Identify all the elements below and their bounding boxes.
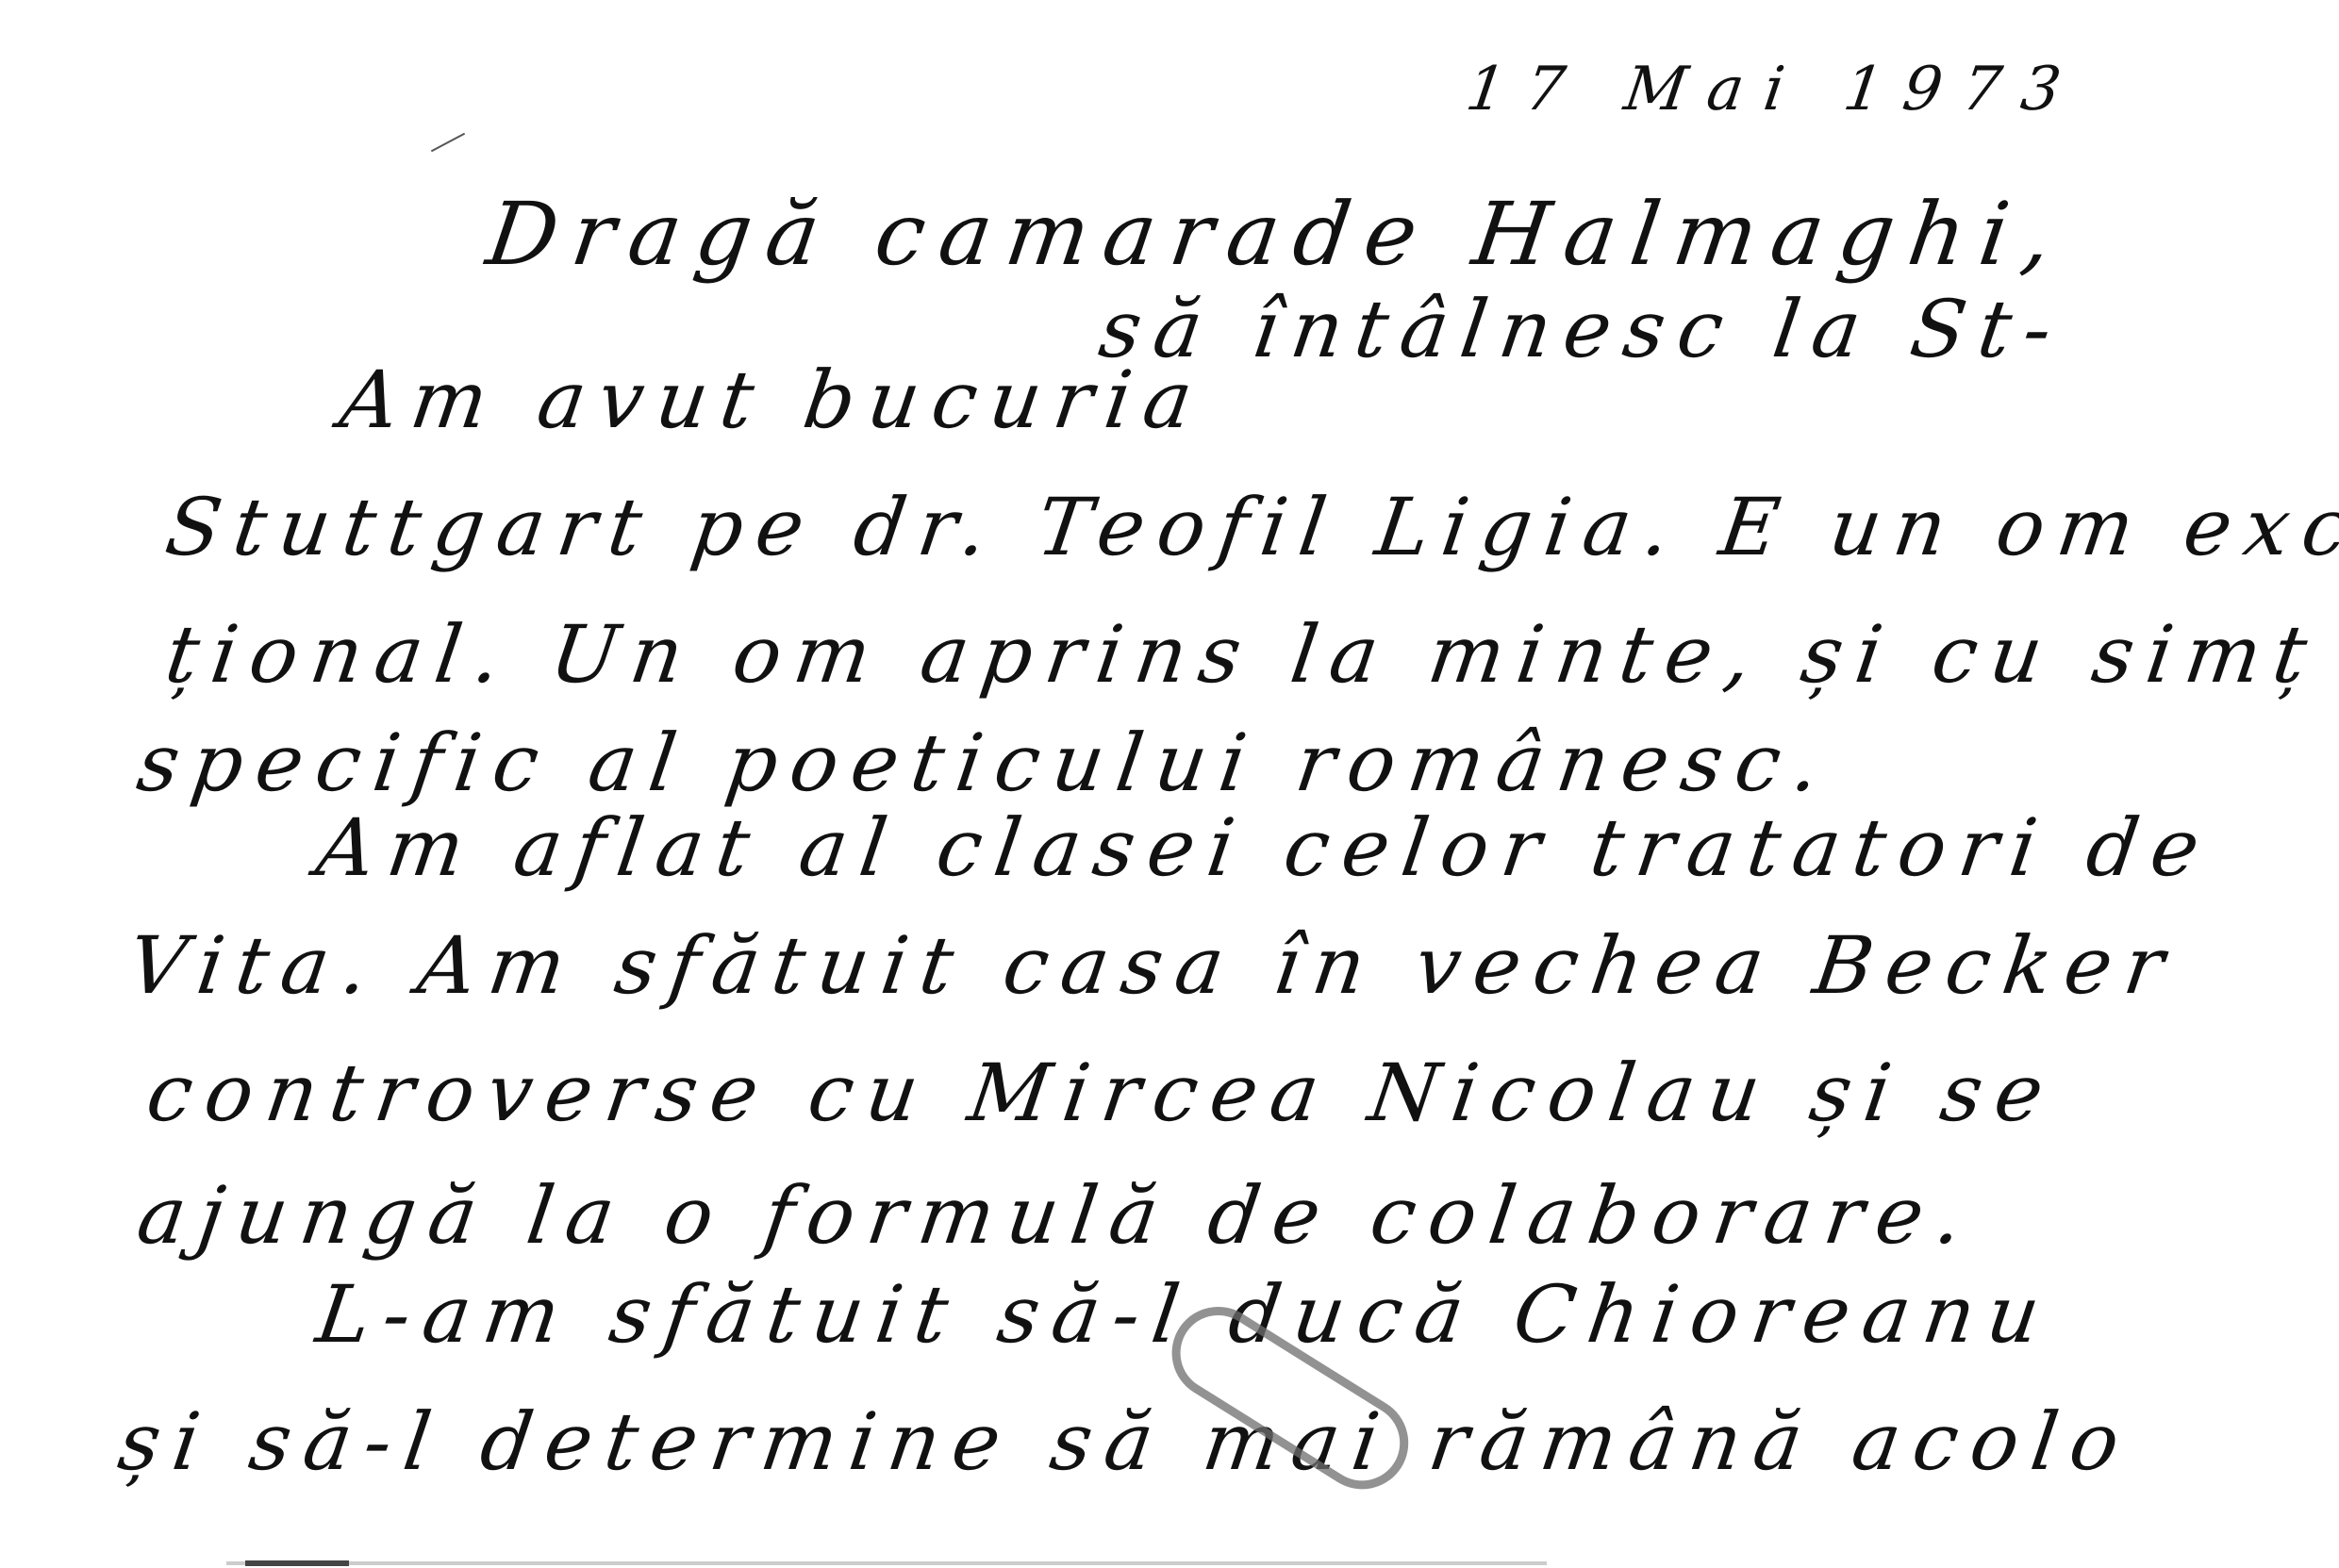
letter-line: Am aflat al clasei celor tratatori de <box>311 801 2218 894</box>
letter-line: ajungă la o formulă de colaborare. <box>132 1169 1982 1262</box>
letter-line: Stuttgart pe dr. Teofil Ligia. E un om e… <box>160 481 2339 573</box>
letter-page: 17 Mai 1973 Dragă camarade Halmaghi, să … <box>0 0 2339 1568</box>
letter-date: 17 Mai 1973 <box>1462 55 2086 124</box>
stray-pen-mark <box>431 133 465 153</box>
scan-bottom-edge-dark <box>245 1560 349 1566</box>
letter-line: și să-l determine să mai rămână acolo <box>113 1395 2138 1488</box>
letter-salutation: Dragă camarade Halmaghi, <box>481 184 2073 285</box>
letter-line: Vita. Am sfătuit casa în vechea Becker <box>123 919 2182 1012</box>
letter-line: specific al poeticului românesc. <box>132 717 1838 809</box>
letter-line: Am avut bucuria <box>335 354 1211 446</box>
scan-bottom-edge <box>226 1561 1547 1565</box>
letter-line: să întâlnesc la St- <box>1094 283 2070 375</box>
letter-line: țional. Un om aprins la minte, și cu sim… <box>160 608 2326 701</box>
letter-line: controverse cu Mircea Nicolau și se <box>141 1047 2062 1139</box>
